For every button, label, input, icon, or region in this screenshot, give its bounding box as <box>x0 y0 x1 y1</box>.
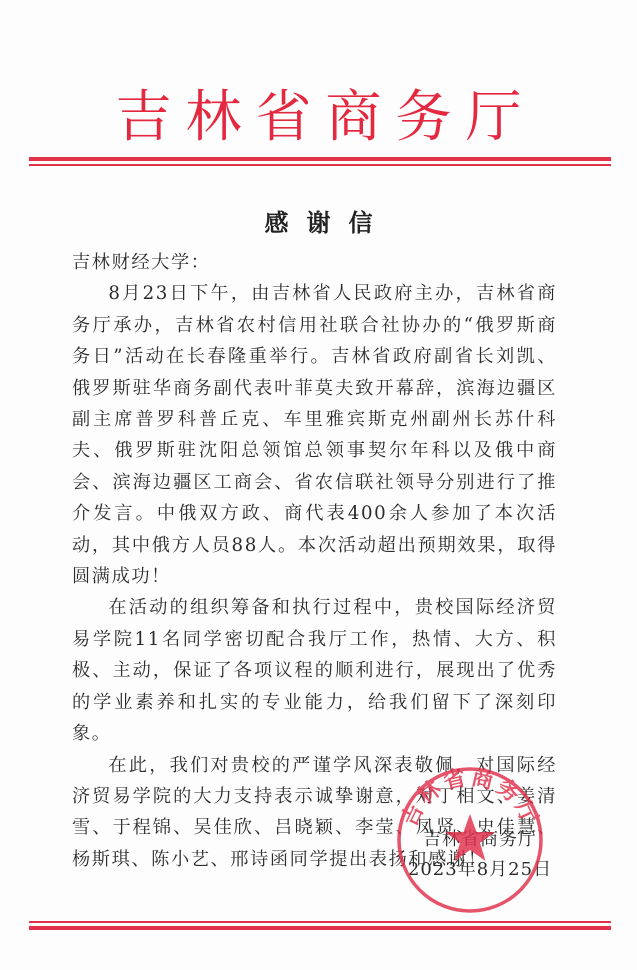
paragraph-event: 8月23日下午，由吉林省人民政府主办，吉林省商务厅承办，吉林省农村信用社联合社协… <box>72 278 557 592</box>
signature-date: 2023年8月25日 <box>400 855 560 885</box>
signature-block: 吉林省商务厅 2023年8月25日 <box>400 825 560 885</box>
letter-body: 吉林财经大学： 8月23日下午，由吉林省人民政府主办，吉林省商务厅承办，吉林省农… <box>72 247 557 875</box>
letter-page: 吉林省商务厅 感谢信 吉林财经大学： 8月23日下午，由吉林省人民政府主办，吉林… <box>0 0 637 970</box>
letterhead-divider-thick <box>29 157 611 161</box>
paragraph-students: 在活动的组织筹备和执行过程中，贵校国际经济贸易学院11名同学密切配合我厅工作，热… <box>72 592 557 749</box>
signature-organization: 吉林省商务厅 <box>400 825 560 855</box>
letter-title: 感谢信 <box>0 203 637 238</box>
letterhead-divider-thin <box>29 164 611 166</box>
footer-divider-thin <box>29 921 611 923</box>
salutation: 吉林财经大学： <box>72 247 557 278</box>
footer-divider-thick <box>29 926 611 930</box>
letterhead-title: 吉林省商务厅 <box>0 88 637 148</box>
